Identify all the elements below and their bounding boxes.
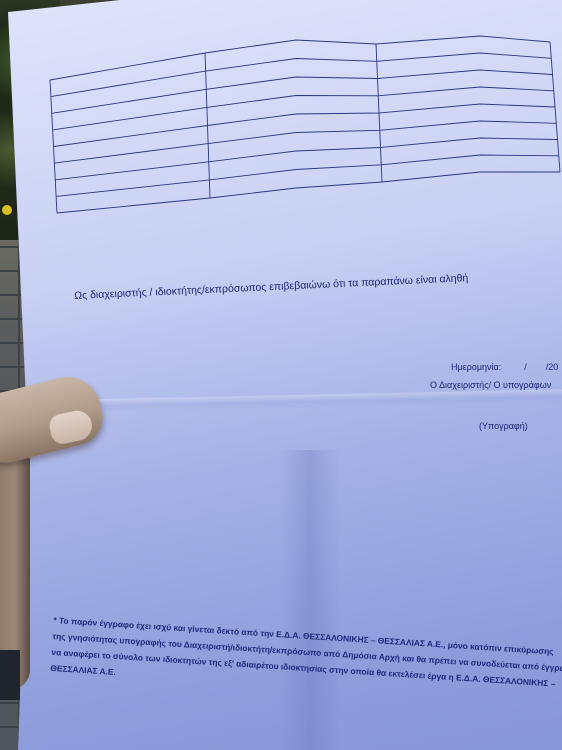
background-flower xyxy=(2,205,12,215)
date-field[interactable]: Ημερομηνία: / /20 xyxy=(451,362,558,372)
sleeve xyxy=(0,650,20,700)
paper-sheet: Ως διαχειριστής / ιδιοκτήτης/εκπρόσωπος … xyxy=(0,0,562,750)
table-row-line xyxy=(52,70,553,113)
table-row-line xyxy=(57,172,560,213)
table-row-line xyxy=(53,87,554,130)
table-row-line xyxy=(55,138,557,180)
signer-label: Ο Διαχειριστής/ Ο υπογράφων xyxy=(430,380,551,390)
signature-field[interactable]: (Υπογραφή) xyxy=(479,421,528,431)
table-row-line xyxy=(51,53,551,97)
date-label: Ημερομηνία: xyxy=(451,362,501,372)
table-row-line xyxy=(50,36,550,80)
table-row-line xyxy=(56,155,559,196)
date-separator: / xyxy=(524,362,527,372)
table-row-line xyxy=(54,104,556,147)
table-row-line xyxy=(54,121,556,163)
date-year-prefix: /20 xyxy=(546,362,559,372)
